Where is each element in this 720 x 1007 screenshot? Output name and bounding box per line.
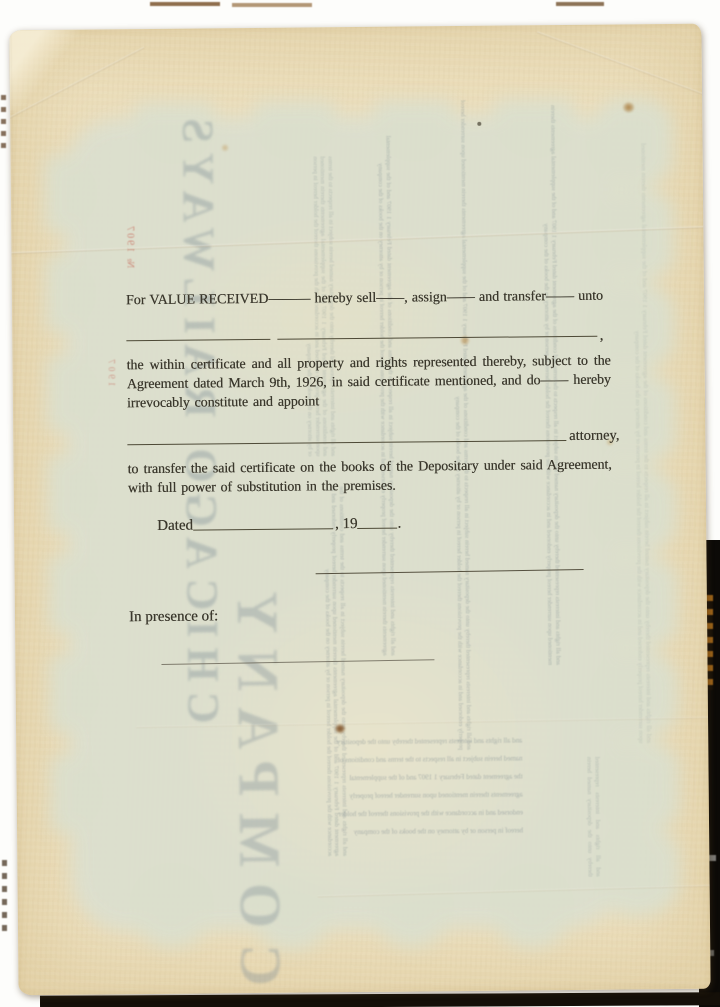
year-blank-rule — [358, 528, 398, 529]
scan-edge-fleck — [232, 3, 312, 7]
paper-sheet: CHICAGO RAILWAYS COMPANY and all rights … — [9, 24, 710, 996]
year-prefix: , 19 — [335, 516, 358, 532]
assignee-blank-line: , — [126, 331, 603, 346]
dated-blank-rule — [193, 528, 333, 530]
scan-edge-fleck — [150, 2, 220, 6]
value-received-line: For VALUE RECEIVED——— hereby sell——, ass… — [126, 289, 603, 310]
signature-line — [316, 569, 584, 574]
scan-background-bottom-strip — [40, 992, 720, 1007]
attorney-blank-line: attorney, — [127, 429, 619, 449]
assignee-blank-rule — [277, 336, 597, 340]
attorney-label: attorney, — [569, 429, 619, 444]
witness-signature-line — [161, 659, 434, 665]
scan-edge-fleck — [1, 95, 6, 155]
assignee-blank-rule — [126, 339, 270, 341]
attorney-blank-rule — [127, 440, 566, 445]
power-paragraph: to transfer the said certificate on the … — [128, 456, 612, 499]
dated-line: Dated , 19 . — [157, 516, 401, 534]
scanned-document-page: CHICAGO RAILWAYS COMPANY and all rights … — [0, 0, 720, 1007]
assignment-paragraph: the within certificate and all property … — [127, 352, 612, 414]
dated-label: Dated — [157, 518, 193, 534]
dated-period: . — [397, 516, 401, 532]
in-presence-of-label: In presence of: — [129, 608, 218, 626]
transfer-form: For VALUE RECEIVED——— hereby sell——, ass… — [9, 24, 710, 996]
scan-edge-fleck — [556, 2, 604, 6]
trailing-comma: , — [600, 331, 604, 341]
scan-edge-fleck — [2, 860, 7, 935]
